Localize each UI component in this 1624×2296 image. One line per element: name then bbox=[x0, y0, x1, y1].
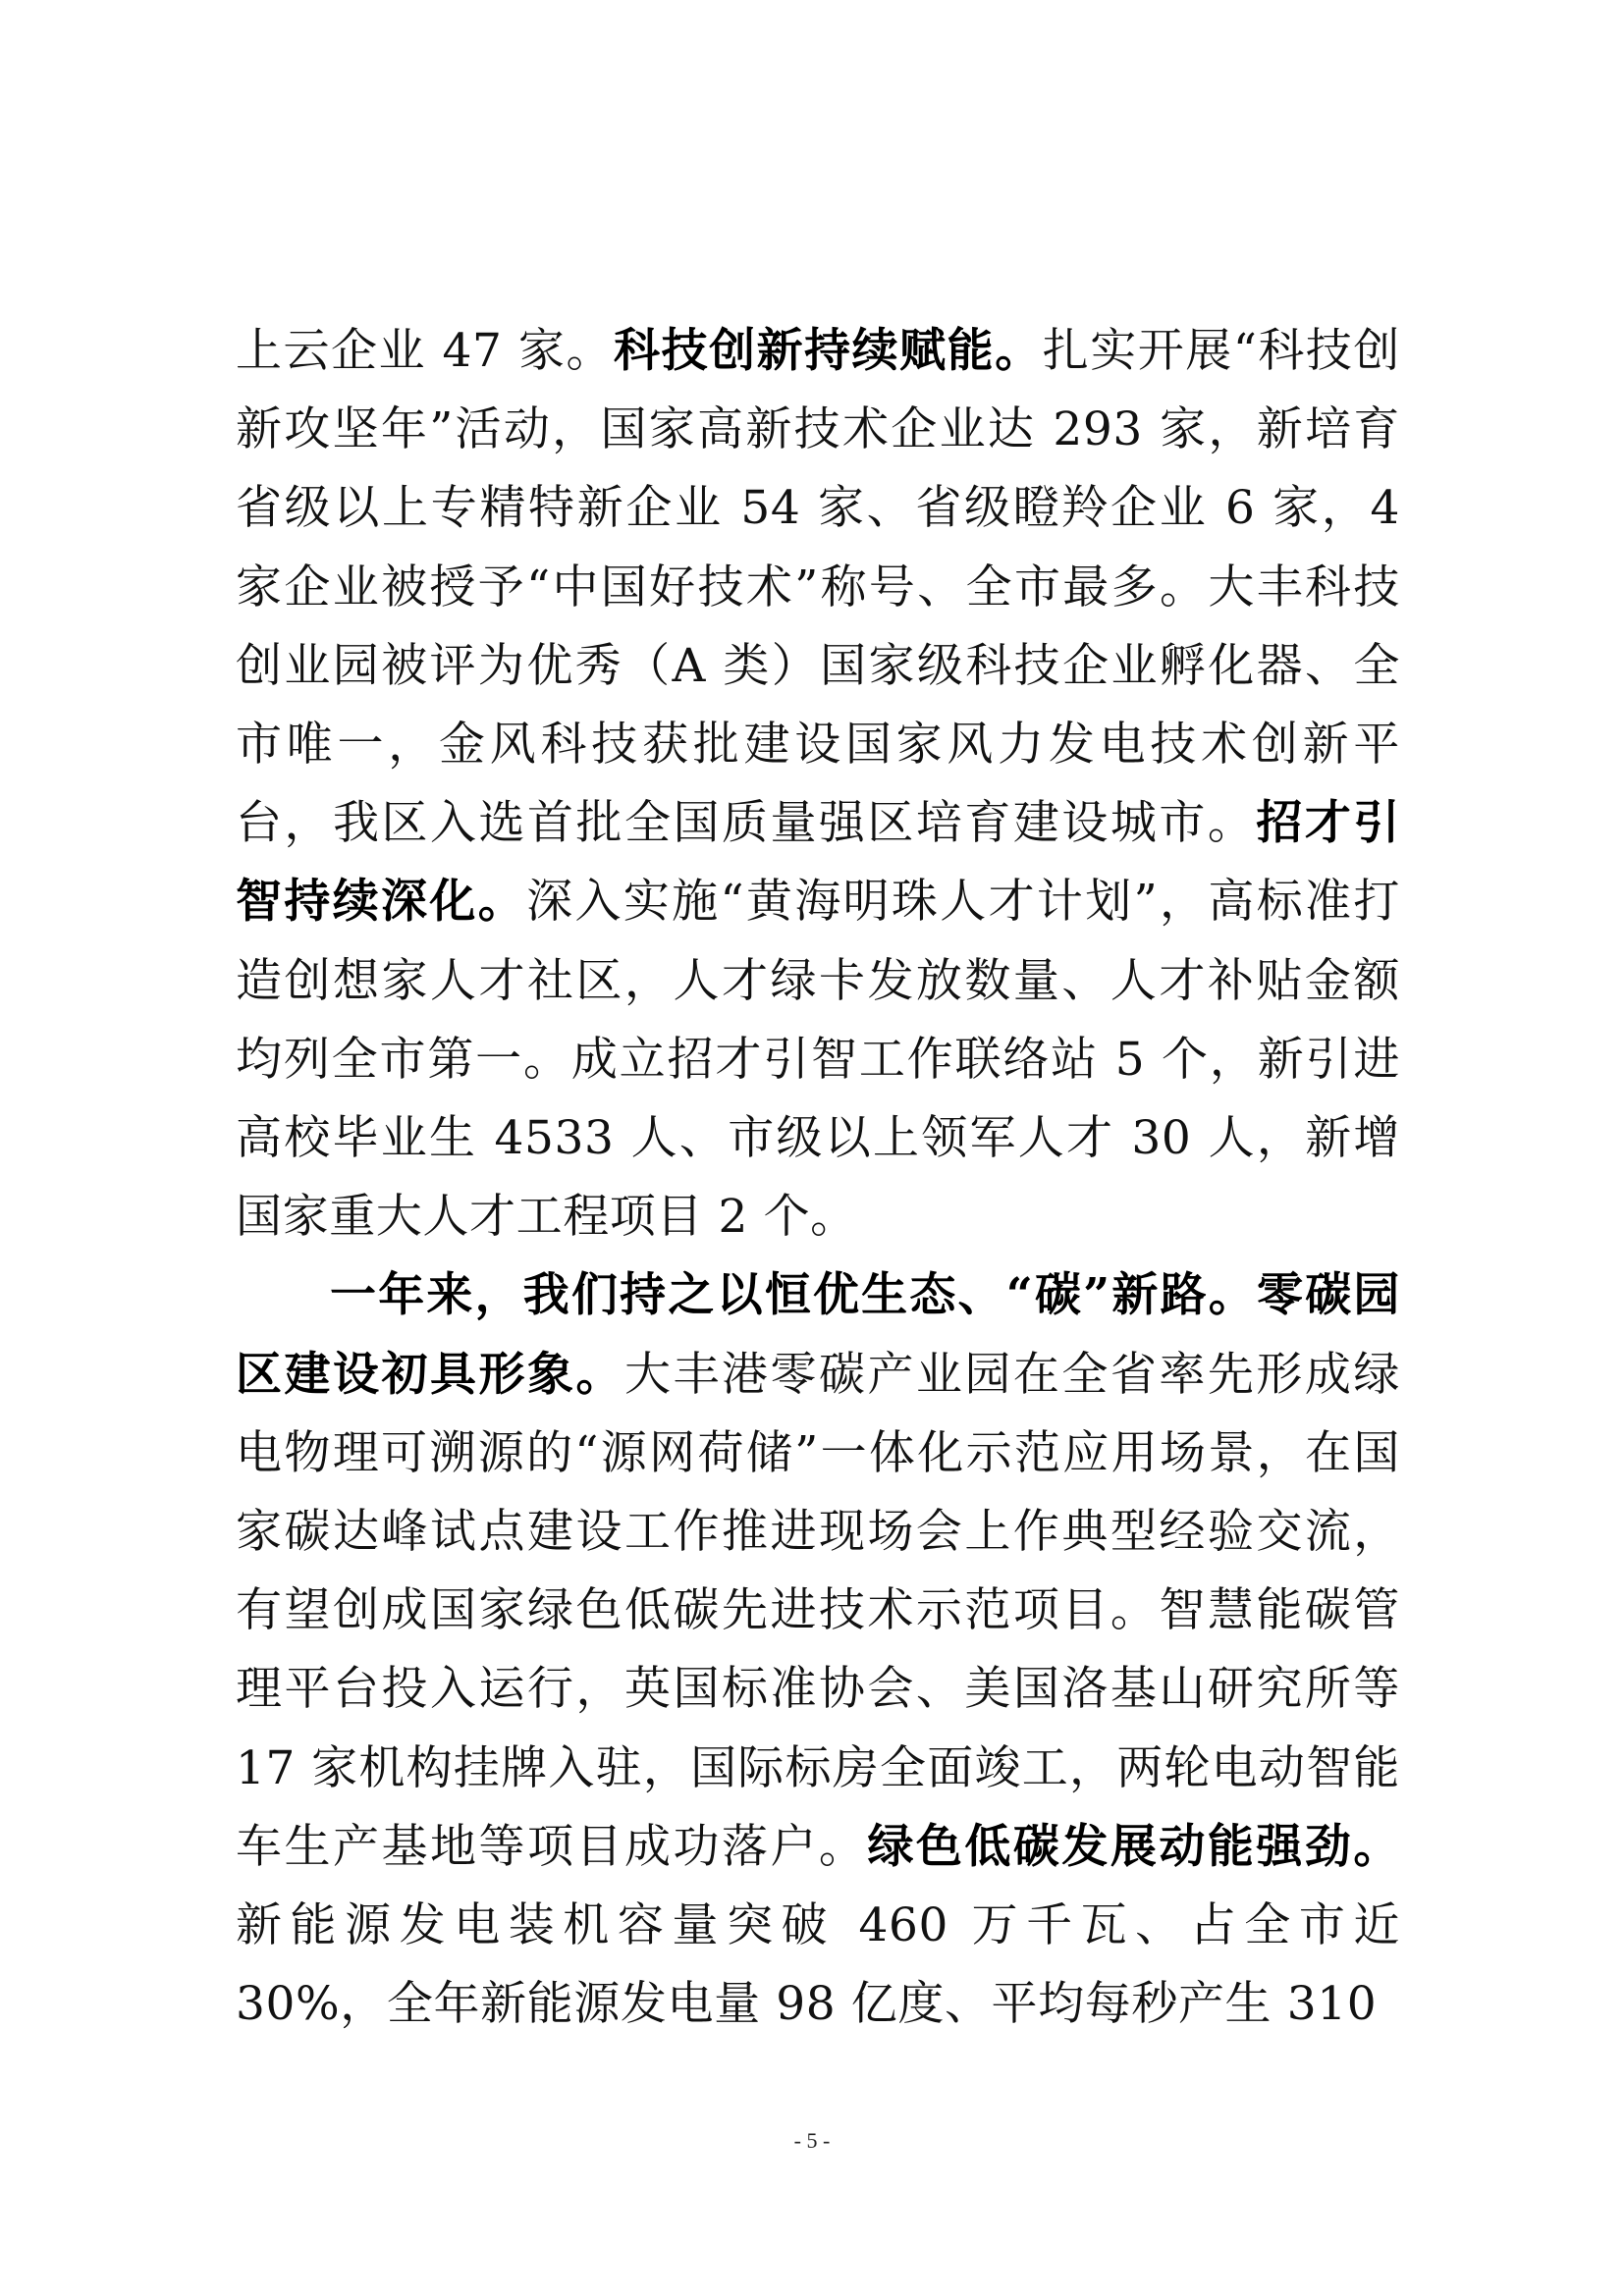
text-segment: 新能源发电装机容量突破 460 万千瓦、占全市近 30%，全年新能源发电量 98… bbox=[236, 1898, 1400, 2031]
bold-lead-sentence: 一年来，我们持之以恒优生态、“碳”新路。 bbox=[330, 1268, 1257, 1322]
text-segment: 大丰港零碳产业园在全省率先形成绿电物理可溯源的“源网荷储”一体化示范应用场景，在… bbox=[236, 1348, 1400, 1874]
text-segment: 深入实施“黄海明珠人才计划”，高标准打造创想家人才社区，人才绿卡发放数量、人才补… bbox=[236, 875, 1400, 1244]
document-page: 上云企业 47 家。科技创新持续赋能。扎实开展“科技创新攻坚年”活动，国家高新技… bbox=[0, 0, 1624, 2296]
body-text: 上云企业 47 家。科技创新持续赋能。扎实开展“科技创新攻坚年”活动，国家高新技… bbox=[236, 312, 1400, 2044]
bold-heading-green-development: 绿色低碳发展动能强劲。 bbox=[867, 1820, 1400, 1874]
paragraph-tech-talent: 上云企业 47 家。科技创新持续赋能。扎实开展“科技创新攻坚年”活动，国家高新技… bbox=[236, 312, 1400, 1256]
page-number: - 5 - bbox=[0, 2128, 1624, 2154]
text-segment: 上云企业 47 家。 bbox=[236, 324, 614, 378]
paragraph-green-carbon: 一年来，我们持之以恒优生态、“碳”新路。零碳园区建设初具形象。大丰港零碳产业园在… bbox=[236, 1256, 1400, 2044]
text-segment: 扎实开展“科技创新攻坚年”活动，国家高新技术企业达 293 家，新培育省级以上专… bbox=[236, 324, 1400, 850]
bold-heading-tech-innovation: 科技创新持续赋能。 bbox=[614, 324, 1043, 378]
